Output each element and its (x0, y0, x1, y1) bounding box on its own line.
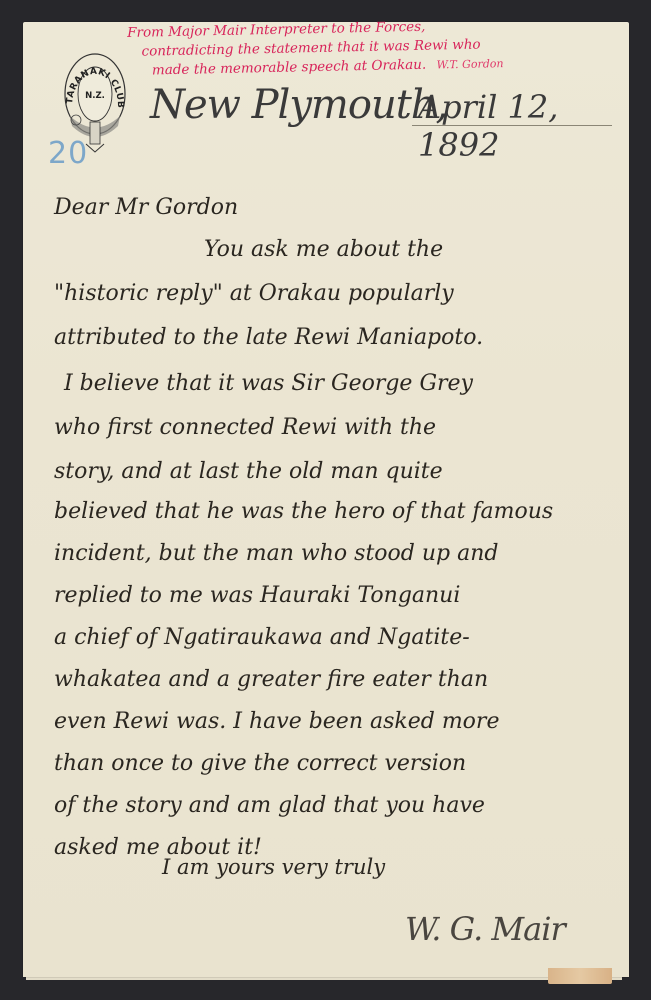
annotation-line-text: made the memorable speech at Orakau. (152, 57, 427, 79)
body-line: story, and at last the old man quite (54, 459, 443, 484)
body-line: believed that he was the hero of that fa… (54, 499, 553, 524)
annotation-initials: W.T. Gordon (436, 57, 503, 71)
body-line: I believe that it was Sir George Grey (64, 371, 473, 396)
torn-paper-corner (548, 968, 612, 984)
scan-background: TARANAKI CLUB N.Z. From Major Mair Inter… (0, 0, 651, 1000)
date-underline (412, 125, 612, 126)
body-line: whakatea and a greater fire eater than (54, 667, 488, 692)
letterhead-place: New Plymouth, (150, 82, 447, 128)
body-line: even Rewi was. I have been asked more (54, 709, 499, 734)
body-line: who first connected Rewi with the (54, 415, 436, 440)
closing: I am yours very truly (162, 855, 385, 879)
body-line: attributed to the late Rewi Maniapoto. (54, 325, 483, 350)
body-line: You ask me about the (204, 237, 443, 262)
folio-number: 20 (48, 136, 88, 171)
body-line: "historic reply" at Orakau popularly (54, 281, 454, 306)
body-line: than once to give the correct version (54, 751, 466, 776)
letterhead: New Plymouth, April 12, 1892 (150, 82, 610, 152)
svg-text:N.Z.: N.Z. (85, 91, 105, 101)
red-ink-annotation: From Major Mair Interpreter to the Force… (125, 14, 626, 81)
salutation: Dear Mr Gordon (54, 195, 238, 220)
body-line: of the story and am glad that you have (54, 793, 485, 818)
letterhead-date: April 12, 1892 (418, 88, 610, 164)
signature: W. G. Mair (405, 910, 565, 948)
body-line: incident, but the man who stood up and (54, 541, 498, 566)
body-line: a chief of Ngatiraukawa and Ngatite- (54, 625, 470, 650)
body-line: replied to me was Hauraki Tonganui (54, 583, 460, 608)
